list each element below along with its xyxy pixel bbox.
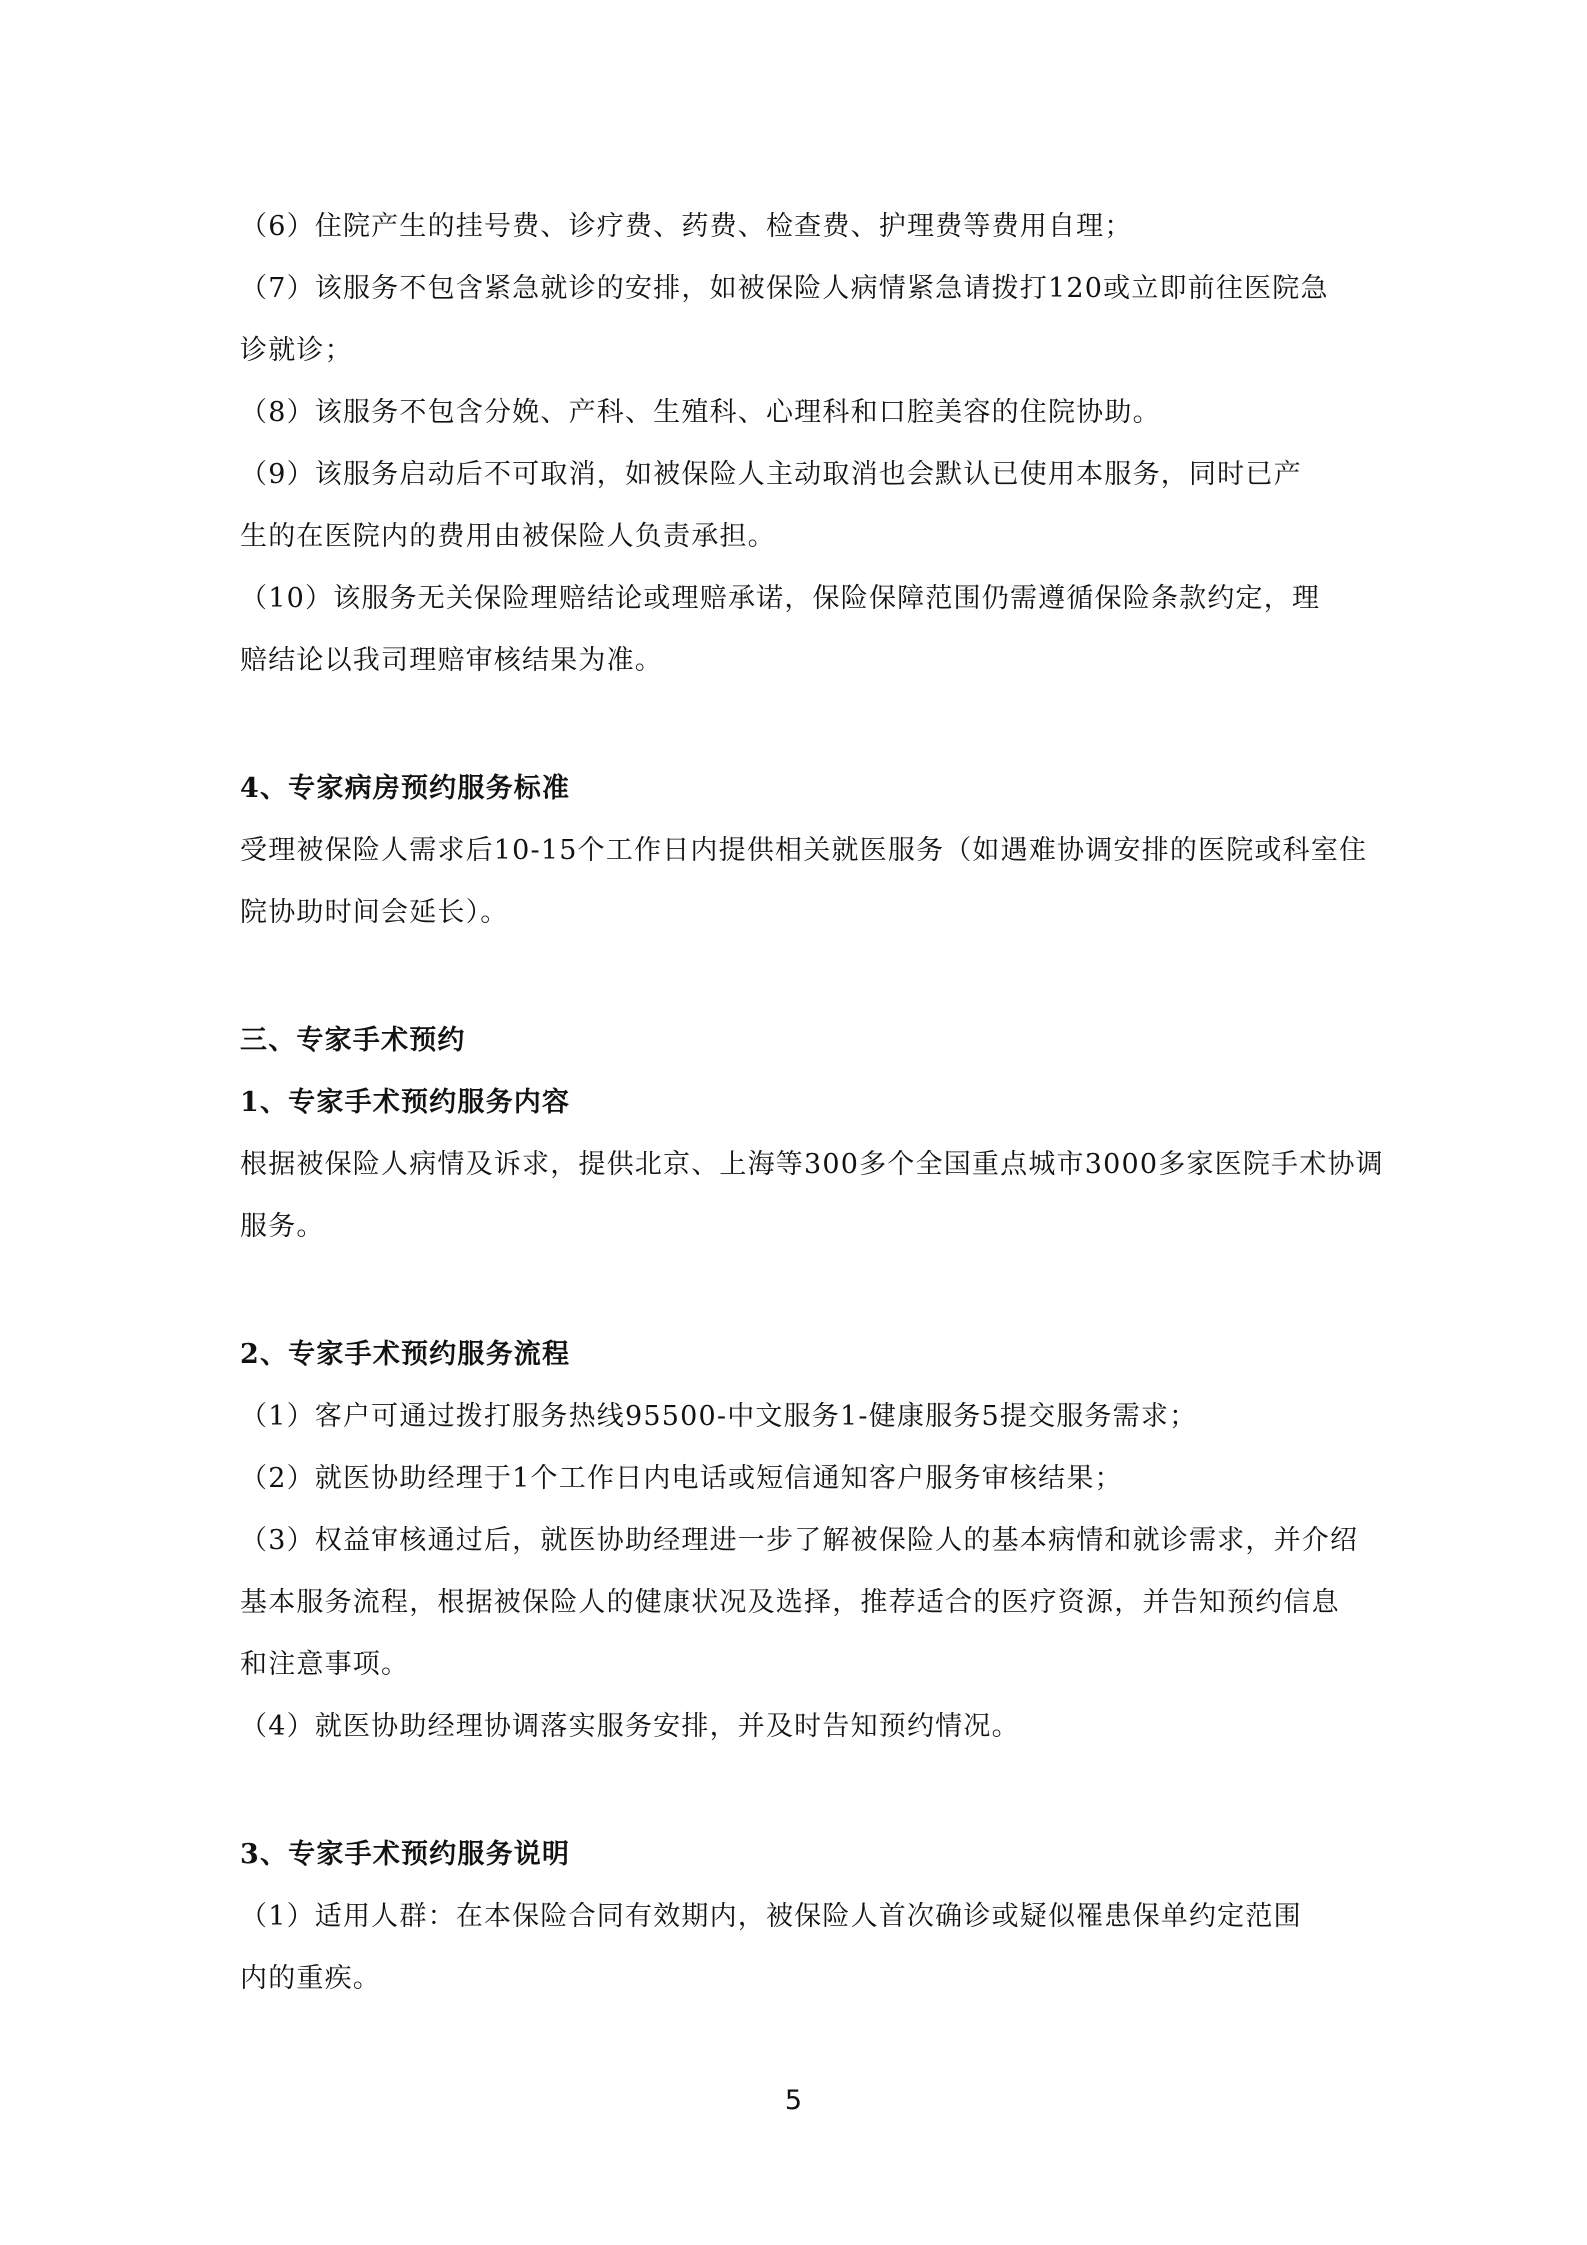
text-line: 服务。 <box>240 1196 1467 1258</box>
text-line: 和注意事项。 <box>240 1634 1467 1696</box>
text-line: 诊就诊； <box>240 320 1467 382</box>
heading-line: 3、专家手术预约服务说明 <box>240 1824 1467 1886</box>
text-line: （6）住院产生的挂号费、诊疗费、药费、检查费、护理费等费用自理； <box>240 196 1467 258</box>
text-line: （1）适用人群：在本保险合同有效期内，被保险人首次确诊或疑似罹患保单约定范围 <box>240 1886 1467 1948</box>
text-line: （8）该服务不包含分娩、产科、生殖科、心理科和口腔美容的住院协助。 <box>240 382 1467 444</box>
heading-line: 2、专家手术预约服务流程 <box>240 1324 1467 1386</box>
text-line: （1）客户可通过拨打服务热线95500-中文服务1-健康服务5提交服务需求； <box>240 1386 1467 1448</box>
document-text-block: （6）住院产生的挂号费、诊疗费、药费、检查费、护理费等费用自理；（7）该服务不包… <box>240 196 1467 2010</box>
text-line: 院协助时间会延长）。 <box>240 882 1467 944</box>
text-line: （4）就医协助经理协调落实服务安排，并及时告知预约情况。 <box>240 1696 1467 1758</box>
text-line: 内的重疾。 <box>240 1948 1467 2010</box>
text-line: 基本服务流程，根据被保险人的健康状况及选择，推荐适合的医疗资源，并告知预约信息 <box>240 1572 1467 1634</box>
text-line: 赔结论以我司理赔审核结果为准。 <box>240 630 1467 692</box>
text-line: （10）该服务无关保险理赔结论或理赔承诺，保险保障范围仍需遵循保险条款约定，理 <box>240 568 1467 630</box>
heading-line: 1、专家手术预约服务内容 <box>240 1072 1467 1134</box>
page-number: 5 <box>0 2070 1587 2132</box>
text-line: （3）权益审核通过后，就医协助经理进一步了解被保险人的基本病情和就诊需求，并介绍 <box>240 1510 1467 1572</box>
text-line: （7）该服务不包含紧急就诊的安排，如被保险人病情紧急请拨打120或立即前往医院急 <box>240 258 1467 320</box>
text-line: 根据被保险人病情及诉求，提供北京、上海等300多个全国重点城市3000多家医院手… <box>240 1134 1467 1196</box>
document-page: （6）住院产生的挂号费、诊疗费、药费、检查费、护理费等费用自理；（7）该服务不包… <box>0 0 1587 2245</box>
text-line: 生的在医院内的费用由被保险人负责承担。 <box>240 506 1467 568</box>
text-line: （2）就医协助经理于1个工作日内电话或短信通知客户服务审核结果； <box>240 1448 1467 1510</box>
heading-line: 4、专家病房预约服务标准 <box>240 758 1467 820</box>
text-line: （9）该服务启动后不可取消，如被保险人主动取消也会默认已使用本服务，同时已产 <box>240 444 1467 506</box>
heading-line: 三、专家手术预约 <box>240 1010 1467 1072</box>
text-line: 受理被保险人需求后10-15个工作日内提供相关就医服务（如遇难协调安排的医院或科… <box>240 820 1467 882</box>
